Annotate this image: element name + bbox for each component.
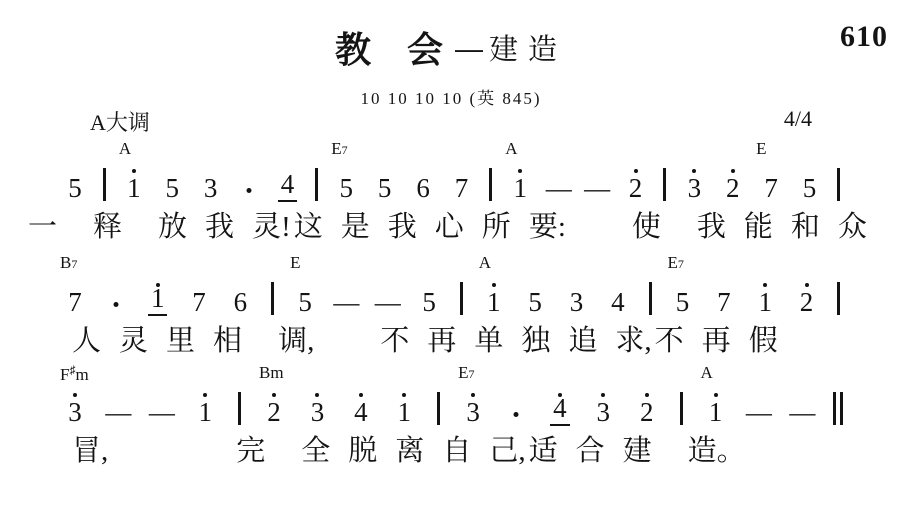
lyric-char: 是	[341, 210, 370, 245]
lyric-char: 全	[301, 434, 330, 469]
lyric-char: 调,	[278, 324, 314, 359]
note: 5	[370, 168, 400, 202]
barline	[267, 282, 279, 316]
dash-extender: —	[544, 168, 574, 202]
chord-label: A	[479, 254, 491, 271]
note: 3	[561, 282, 591, 316]
note: 7	[184, 282, 214, 316]
octave-dot	[634, 169, 638, 173]
dash-extender: —	[582, 168, 612, 202]
dash-extender: —	[744, 392, 774, 426]
barline	[833, 168, 845, 202]
note: 1	[389, 392, 419, 426]
dash-extender: —	[103, 392, 133, 426]
octave-dot	[692, 169, 696, 173]
note: 5	[414, 282, 444, 316]
lyrics-row: 人灵里相调,不再单独追求,不再假	[72, 324, 778, 359]
lyric-char: 要:	[529, 210, 566, 245]
note: 5	[60, 168, 90, 202]
double-barline	[831, 392, 845, 426]
octave-dot	[601, 393, 605, 397]
note: 5	[520, 282, 550, 316]
octave-dot	[518, 169, 522, 173]
note: 5	[795, 168, 825, 202]
note: 1A	[479, 282, 509, 316]
lyric-char: 追	[568, 324, 597, 359]
lyric-char: 自	[442, 434, 471, 469]
notes-row: 51A5345E75671A——2327E5	[60, 168, 845, 202]
barline	[675, 392, 687, 426]
lyric-char: 能	[744, 210, 773, 245]
notes-row: 3F♯m——12Bm3413E74321A——	[60, 392, 845, 426]
note: 1A	[505, 168, 535, 202]
lyric-char: 建	[623, 434, 652, 469]
octave-dot	[73, 393, 77, 397]
music-system: 3F♯m——12Bm3413E74321A——冒,完全脱离自己,适合建造。	[0, 364, 902, 474]
chord-label: F♯m	[60, 364, 89, 383]
octave-dot	[558, 393, 562, 397]
octave-dot	[402, 393, 406, 397]
note: 4	[545, 392, 575, 426]
barline	[485, 168, 497, 202]
dash-extender: —	[787, 392, 817, 426]
lyrics-row: 一释放我灵!这是我心所要:使我能和众	[28, 210, 867, 245]
lyric-char: 独	[521, 324, 550, 359]
note: 7	[446, 168, 476, 202]
note: 7B7	[60, 282, 90, 316]
octave-dot	[731, 169, 735, 173]
hymn-title-main: 教 会	[335, 29, 445, 70]
chord-label: E	[756, 140, 766, 157]
note: 5E7	[668, 282, 698, 316]
music-system: 7B71765E——51A5345E7712人灵里相调,不再单独追求,不再假	[0, 254, 902, 364]
augmentation-dot	[234, 168, 264, 202]
chord-label: E7	[458, 364, 474, 381]
note: 4	[346, 392, 376, 426]
octave-dot	[645, 393, 649, 397]
lyric-char: 我	[388, 210, 417, 245]
barline	[833, 282, 845, 316]
barline	[644, 282, 656, 316]
hymn-title-dash: —	[455, 33, 483, 64]
note: 2	[632, 392, 662, 426]
music-system: 51A5345E75671A——2327E5一释放我灵!这是我心所要:使我能和众	[0, 140, 902, 250]
note: 6	[408, 168, 438, 202]
chord-label: A	[119, 140, 131, 157]
augmentation-dot	[501, 392, 531, 426]
note: 1A	[119, 168, 149, 202]
note: 3	[588, 392, 618, 426]
note: 5E	[290, 282, 320, 316]
note: 1	[143, 282, 173, 316]
note: 3	[302, 392, 332, 426]
lyric-char: 一	[28, 210, 57, 245]
octave-dot	[763, 283, 767, 287]
lyric-char: 这	[294, 210, 323, 245]
octave-dot	[492, 283, 496, 287]
lyric-char: 单	[474, 324, 503, 359]
note: 1	[750, 282, 780, 316]
octave-dot	[156, 283, 160, 287]
notes-row: 7B71765E——51A5345E7712	[60, 282, 845, 316]
hymn-title: 教 会—建造	[0, 22, 902, 73]
lyric-char: 和	[791, 210, 820, 245]
lyric-char: 合	[576, 434, 605, 469]
lyric-char: 灵!	[252, 210, 291, 245]
time-signature: 4/4	[784, 106, 812, 132]
chord-label: E7	[331, 140, 347, 157]
lyric-char: 相	[213, 324, 242, 359]
lyric-char: 我	[205, 210, 234, 245]
lyric-char: 脱	[348, 434, 377, 469]
barline	[433, 392, 445, 426]
lyric-char: 己,	[489, 434, 525, 469]
barline	[234, 392, 246, 426]
barline	[98, 168, 110, 202]
note: 1	[190, 392, 220, 426]
lyric-char: 我	[697, 210, 726, 245]
barline	[659, 168, 671, 202]
note: 2Bm	[259, 392, 289, 426]
octave-dot	[272, 393, 276, 397]
lyric-char: 释	[93, 210, 122, 245]
lyric-char: 众	[838, 210, 867, 245]
barline	[311, 168, 323, 202]
key-signature: A大调	[90, 106, 150, 137]
lyric-char: 心	[435, 210, 464, 245]
chord-label: A	[701, 364, 713, 381]
lyric-char: 完	[236, 434, 265, 469]
octave-dot	[315, 393, 319, 397]
note: 5E7	[331, 168, 361, 202]
note: 3	[679, 168, 709, 202]
lyric-char: 灵	[119, 324, 148, 359]
note: 2	[621, 168, 651, 202]
lyric-char: 里	[166, 324, 195, 359]
lyric-char: 放	[158, 210, 187, 245]
octave-dot	[132, 169, 136, 173]
dash-extender: —	[147, 392, 177, 426]
chord-label: E	[290, 254, 300, 271]
note: 1A	[701, 392, 731, 426]
lyric-char: 冒,	[72, 434, 108, 469]
lyric-char: 不	[655, 324, 684, 359]
note: 7E	[756, 168, 786, 202]
octave-dot	[805, 283, 809, 287]
chord-label: Bm	[259, 364, 284, 381]
lyric-char: 人	[72, 324, 101, 359]
lyrics-row: 冒,完全脱离自己,适合建造。	[72, 434, 746, 469]
lyric-char: 适	[529, 434, 558, 469]
octave-dot	[714, 393, 718, 397]
lyric-char: 造。	[688, 434, 746, 469]
lyric-char: 求,	[615, 324, 651, 359]
lyric-char: 再	[702, 324, 731, 359]
note: 4	[272, 168, 302, 202]
lyric-char: 不	[380, 324, 409, 359]
hymn-title-subtitle: 建造	[489, 34, 567, 66]
lyric-char: 使	[632, 210, 661, 245]
note: 2	[792, 282, 822, 316]
note: 3E7	[458, 392, 488, 426]
lyric-char: 再	[427, 324, 456, 359]
note: 3F♯m	[60, 392, 90, 426]
barline	[455, 282, 467, 316]
lyric-char: 所	[482, 210, 511, 245]
lyric-char: 假	[749, 324, 778, 359]
note: 4	[603, 282, 633, 316]
octave-dot	[471, 393, 475, 397]
chord-label: E7	[668, 254, 684, 271]
note: 3	[196, 168, 226, 202]
octave-dot	[359, 393, 363, 397]
octave-dot	[203, 393, 207, 397]
dash-extender: —	[373, 282, 403, 316]
chord-label: A	[505, 140, 517, 157]
dash-extender: —	[331, 282, 361, 316]
note: 2	[718, 168, 748, 202]
augmentation-dot	[101, 282, 131, 316]
note: 5	[157, 168, 187, 202]
note: 6	[225, 282, 255, 316]
chord-label: B7	[60, 254, 77, 271]
note: 7	[709, 282, 739, 316]
lyric-char: 离	[395, 434, 424, 469]
